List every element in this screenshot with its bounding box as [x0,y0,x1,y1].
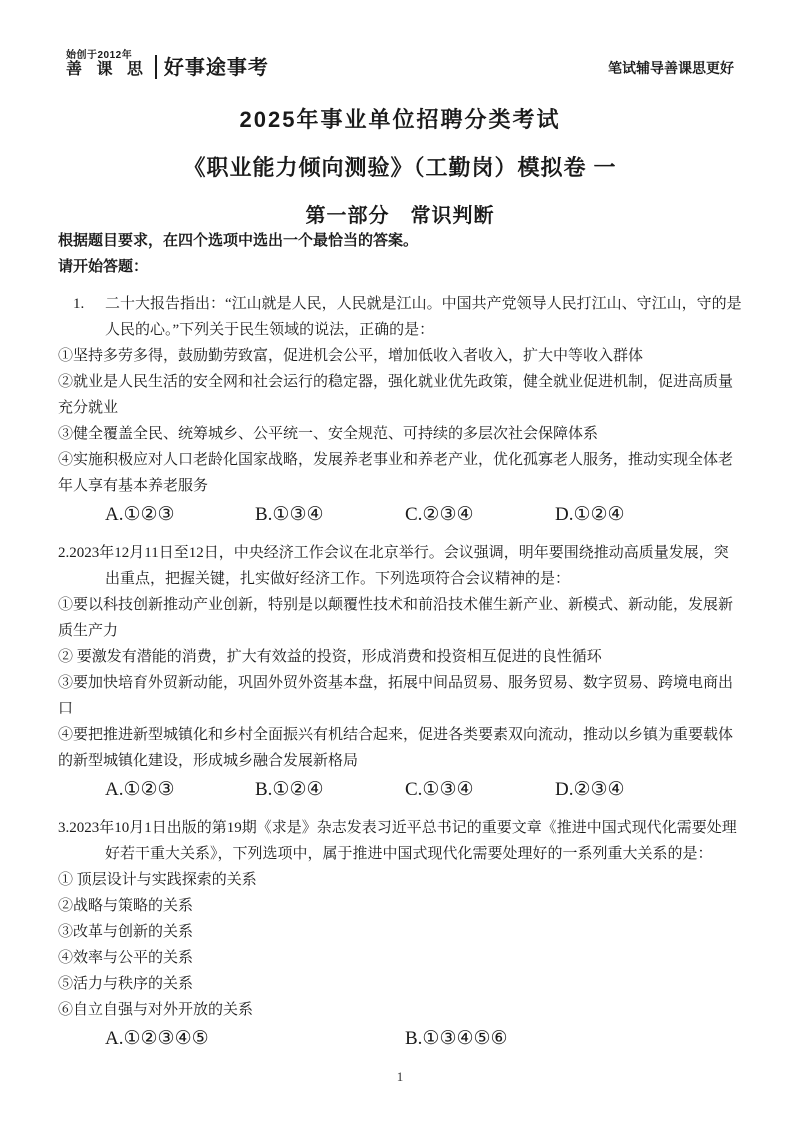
exam-subtitle: 《职业能力倾向测验》（工勤岗）模拟卷 一 [0,151,800,182]
answer-option: C.②③④ [405,501,555,529]
answer-option: B.①②④ [255,776,405,804]
question-item: ⑥自立自强与对外开放的关系 [58,997,742,1023]
question: 2.2023年12月11日至12日，中央经济工作会议在北京举行。会议强调，明年要… [58,540,742,804]
options-row: A.①②③④⑤B.①③④⑤⑥ [105,1025,742,1053]
logo-established-text: 始创于2012年 [66,46,148,61]
question: 3.2023年10月1日出版的第19期《求是》杂志发表习近平总书记的重要文章《推… [58,815,742,1053]
logo-divider [155,55,157,79]
question-text: 2023年10月1日出版的第19期《求是》杂志发表习近平总书记的重要文章《推进中… [69,820,737,862]
options-row: A.①②③B.①②④C.①③④D.②③④ [105,776,742,804]
answer-option: C.①③④ [405,776,555,804]
answer-option: D.②③④ [555,776,705,804]
begin-prompt: 请开始答题： [58,254,742,280]
question-item: ④实施积极应对人口老龄化国家战略，发展养老事业和养老产业，优化孤寡老人服务，推动… [58,447,742,499]
question-item: ①要以科技创新推动产业创新，特别是以颠覆性技术和前沿技术催生新产业、新模式、新动… [58,592,742,644]
question-item: ④效率与公平的关系 [58,945,742,971]
exam-paper-page: 始创于2012年 善 课 思 好事途事考 笔试辅导善课思更好 2025年事业单位… [0,0,800,1131]
question-item: ③改革与创新的关系 [58,919,742,945]
question-stem: 1.二十大报告指出：“江山就是人民，人民就是江山。中国共产党领导人民打江山、守江… [58,291,742,343]
answer-option: B.①③④⑤⑥ [405,1025,705,1053]
answer-option: D.①②④ [555,501,705,529]
answer-option: A.①②③ [105,776,255,804]
title-block: 2025年事业单位招聘分类考试 《职业能力倾向测验》（工勤岗）模拟卷 一 第一部… [0,103,800,228]
question-text: 2023年12月11日至12日，中央经济工作会议在北京举行。会议强调，明年要围绕… [69,545,728,587]
brand-logo: 始创于2012年 善 课 思 好事途事考 [66,46,269,79]
logo-slogan: 好事途事考 [164,57,269,79]
page-footer: 1 [0,1069,800,1085]
question-number: 1. [73,291,84,317]
logo-brand-name: 善 课 思 [66,61,148,79]
answer-option: A.①②③④⑤ [105,1025,405,1053]
question-item: ③健全覆盖全民、统筹城乡、公平统一、安全规范、可持续的多层次社会保障体系 [58,421,742,447]
section-title: 第一部分 常识判断 [0,199,800,228]
question-item: ②就业是人民生活的安全网和社会运行的稳定器，强化就业优先政策，健全就业促进机制，… [58,369,742,421]
question-text: 二十大报告指出：“江山就是人民，人民就是江山。中国共产党领导人民打江山、守江山，… [105,296,742,338]
answer-instruction: 根据题目要求，在四个选项中选出一个最恰当的答案。 [58,228,742,254]
question-item: ① 顶层设计与实践探索的关系 [58,867,742,893]
question-number: 3. [58,820,69,836]
question-stem: 2.2023年12月11日至12日，中央经济工作会议在北京举行。会议强调，明年要… [58,540,742,592]
exam-title: 2025年事业单位招聘分类考试 [0,103,800,134]
question-item: ②战略与策略的关系 [58,893,742,919]
question-item: ③要加快培育外贸新动能，巩固外贸外资基本盘，拓展中间品贸易、服务贸易、数字贸易、… [58,670,742,722]
question-item: ①坚持多劳多得，鼓励勤劳致富，促进机会公平，增加低收入者收入，扩大中等收入群体 [58,343,742,369]
question-item: ⑤活力与秩序的关系 [58,971,742,997]
page-number: 1 [397,1069,404,1084]
header-tagline: 笔试辅导善课思更好 [608,58,734,79]
question-item: ④要把推进新型城镇化和乡村全面振兴有机结合起来，促进各类要素双向流动，推动以乡镇… [58,722,742,774]
options-row: A.①②③B.①③④C.②③④D.①②④ [105,501,742,529]
page-header: 始创于2012年 善 课 思 好事途事考 笔试辅导善课思更好 [0,0,800,79]
question-number: 2. [58,545,69,561]
exam-body: 根据题目要求，在四个选项中选出一个最恰当的答案。 请开始答题： 1.二十大报告指… [0,228,800,1053]
questions: 1.二十大报告指出：“江山就是人民，人民就是江山。中国共产党领导人民打江山、守江… [58,291,742,1053]
answer-option: A.①②③ [105,501,255,529]
question-item: ② 要激发有潜能的消费，扩大有效益的投资，形成消费和投资相互促进的良性循环 [58,644,742,670]
question-stem: 3.2023年10月1日出版的第19期《求是》杂志发表习近平总书记的重要文章《推… [58,815,742,867]
question: 1.二十大报告指出：“江山就是人民，人民就是江山。中国共产党领导人民打江山、守江… [58,291,742,529]
brand-logo-left: 始创于2012年 善 课 思 [66,46,148,79]
answer-option: B.①③④ [255,501,405,529]
